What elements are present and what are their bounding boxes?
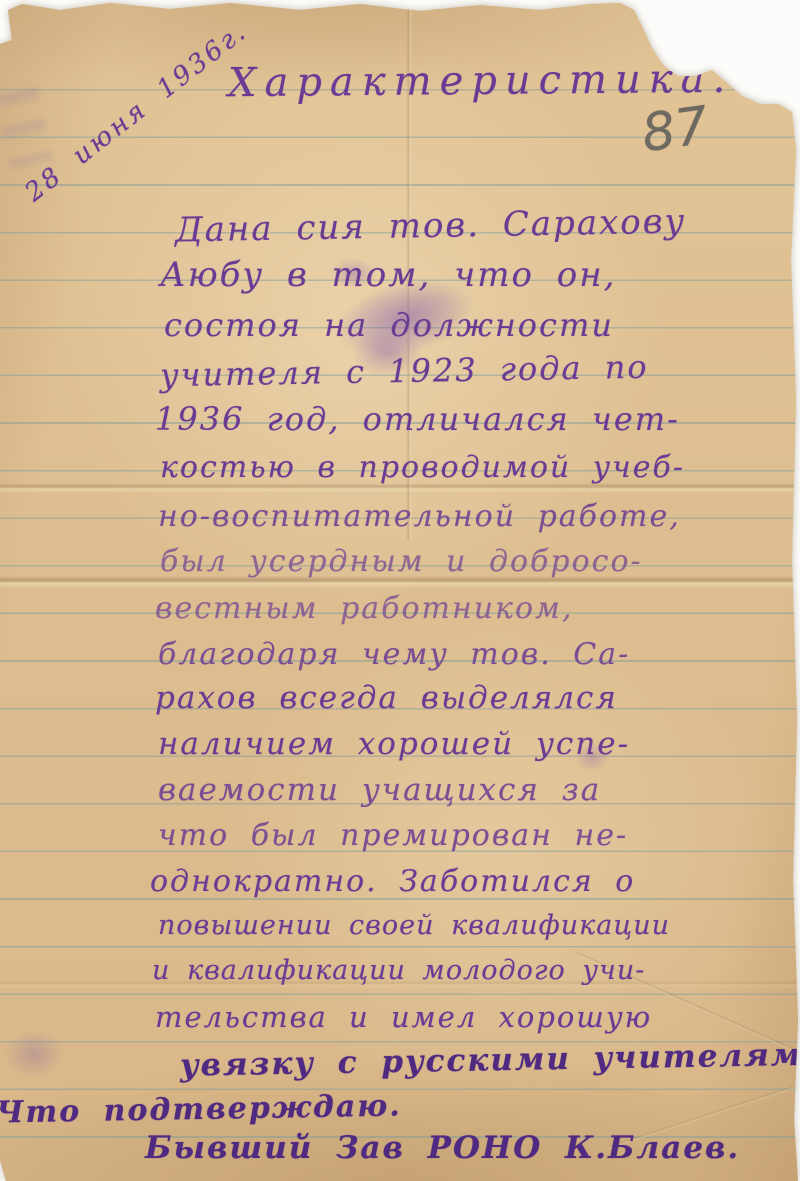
handwritten-line: что был премирован не-: [158, 818, 628, 853]
handwritten-line: был усердным и добросо-: [160, 544, 643, 579]
handwritten-line: учителя с 1923 года по: [160, 348, 649, 395]
handwritten-line: костью в проводимой учеб-: [160, 450, 685, 485]
handwritten-line: но-воспитательной работе,: [158, 499, 681, 534]
handwritten-line: 1936 год, отличался чет-: [155, 400, 680, 438]
paper-sheet: 28 июня 1936г. Характеристика. 87 Дана с…: [0, 0, 800, 1181]
handwritten-line: ваемости учащихся за: [158, 772, 601, 808]
corner-date-note: 28 июня 1936г.: [20, 16, 254, 208]
handwritten-line: рахов всегда выделялся: [155, 680, 618, 716]
ink-blot: [4, 1030, 64, 1078]
handwritten-line: Аюбу в том, что он,: [160, 255, 616, 295]
handwritten-line: Что подтверждаю.: [0, 1088, 402, 1130]
handwritten-line: Дана сия тов. Сарахову: [175, 202, 687, 251]
signature-line: Бывший Зав РОНО К.Блаев.: [145, 1130, 740, 1166]
handwritten-line: однократно. Заботился о: [150, 864, 635, 899]
handwritten-line: наличием хорошей успе-: [158, 726, 630, 762]
scanned-document: 28 июня 1936г. Характеристика. 87 Дана с…: [0, 0, 800, 1181]
handwritten-line: состоя на должности: [164, 306, 614, 344]
paper-shadow: 28 июня 1936г. Характеристика. 87 Дана с…: [0, 0, 800, 1181]
handwritten-line: вестным работником,: [155, 591, 573, 626]
page-number: 87: [638, 96, 712, 165]
document-title: Характеристика.: [228, 56, 734, 106]
handwritten-line: и квалификации молодого учи-: [152, 955, 645, 986]
handwritten-line: тельства и имел хорошую: [155, 1000, 652, 1034]
handwritten-line: благодаря чему тов. Са-: [158, 637, 630, 672]
handwritten-line: повышении своей квалификации: [158, 910, 670, 941]
handwritten-line: увязку с русскими учителями,: [180, 1036, 800, 1084]
